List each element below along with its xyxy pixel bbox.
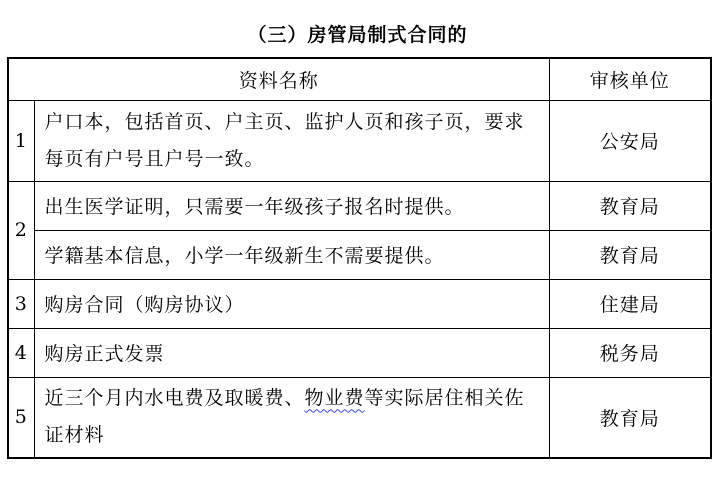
row-number: 2	[8, 181, 34, 279]
column-header-material-name: 资料名称	[8, 58, 549, 100]
review-unit-cell: 教育局	[549, 377, 711, 458]
review-unit-cell: 教育局	[549, 230, 711, 279]
table-row: 4 购房正式发票 税务局	[8, 328, 711, 377]
material-name-cell: 出生医学证明，只需要一年级孩子报名时提供。	[34, 181, 549, 230]
table-row: 5 近三个月内水电费及取暖费、物业费等实际居住相关佐证材料 教育局	[8, 377, 711, 458]
column-header-review-unit: 审核单位	[549, 58, 711, 100]
review-unit-cell: 公安局	[549, 100, 711, 181]
material-name-cell: 购房正式发票	[34, 328, 549, 377]
row-number: 3	[8, 279, 34, 328]
material-name-cell: 购房合同（购房协议）	[34, 279, 549, 328]
row-number: 4	[8, 328, 34, 377]
document-page: （三）房管局制式合同的 资料名称 审核单位 1 户口本，包括首页、户主页、监护人…	[0, 0, 715, 481]
material-name-cell: 近三个月内水电费及取暖费、物业费等实际居住相关佐证材料	[34, 377, 549, 458]
table-row: 3 购房合同（购房协议） 住建局	[8, 279, 711, 328]
spellcheck-flagged-text: 物业费	[305, 387, 365, 409]
material-name-cell: 户口本，包括首页、户主页、监护人页和孩子页，要求每页有户号且户号一致。	[34, 100, 549, 181]
table-header-row: 资料名称 审核单位	[8, 58, 711, 100]
requirements-table: 资料名称 审核单位 1 户口本，包括首页、户主页、监护人页和孩子页，要求每页有户…	[7, 57, 712, 459]
review-unit-cell: 税务局	[549, 328, 711, 377]
table-row: 学籍基本信息，小学一年级新生不需要提供。 教育局	[8, 230, 711, 279]
table-row: 2 出生医学证明，只需要一年级孩子报名时提供。 教育局	[8, 181, 711, 230]
material-name-cell: 学籍基本信息，小学一年级新生不需要提供。	[34, 230, 549, 279]
review-unit-cell: 教育局	[549, 181, 711, 230]
page-title: （三）房管局制式合同的	[0, 0, 715, 47]
review-unit-cell: 住建局	[549, 279, 711, 328]
row-number: 1	[8, 100, 34, 181]
row-number: 5	[8, 377, 34, 458]
material-name-text: 近三个月内水电费及取暖费、	[45, 387, 305, 409]
table-row: 1 户口本，包括首页、户主页、监护人页和孩子页，要求每页有户号且户号一致。 公安…	[8, 100, 711, 181]
